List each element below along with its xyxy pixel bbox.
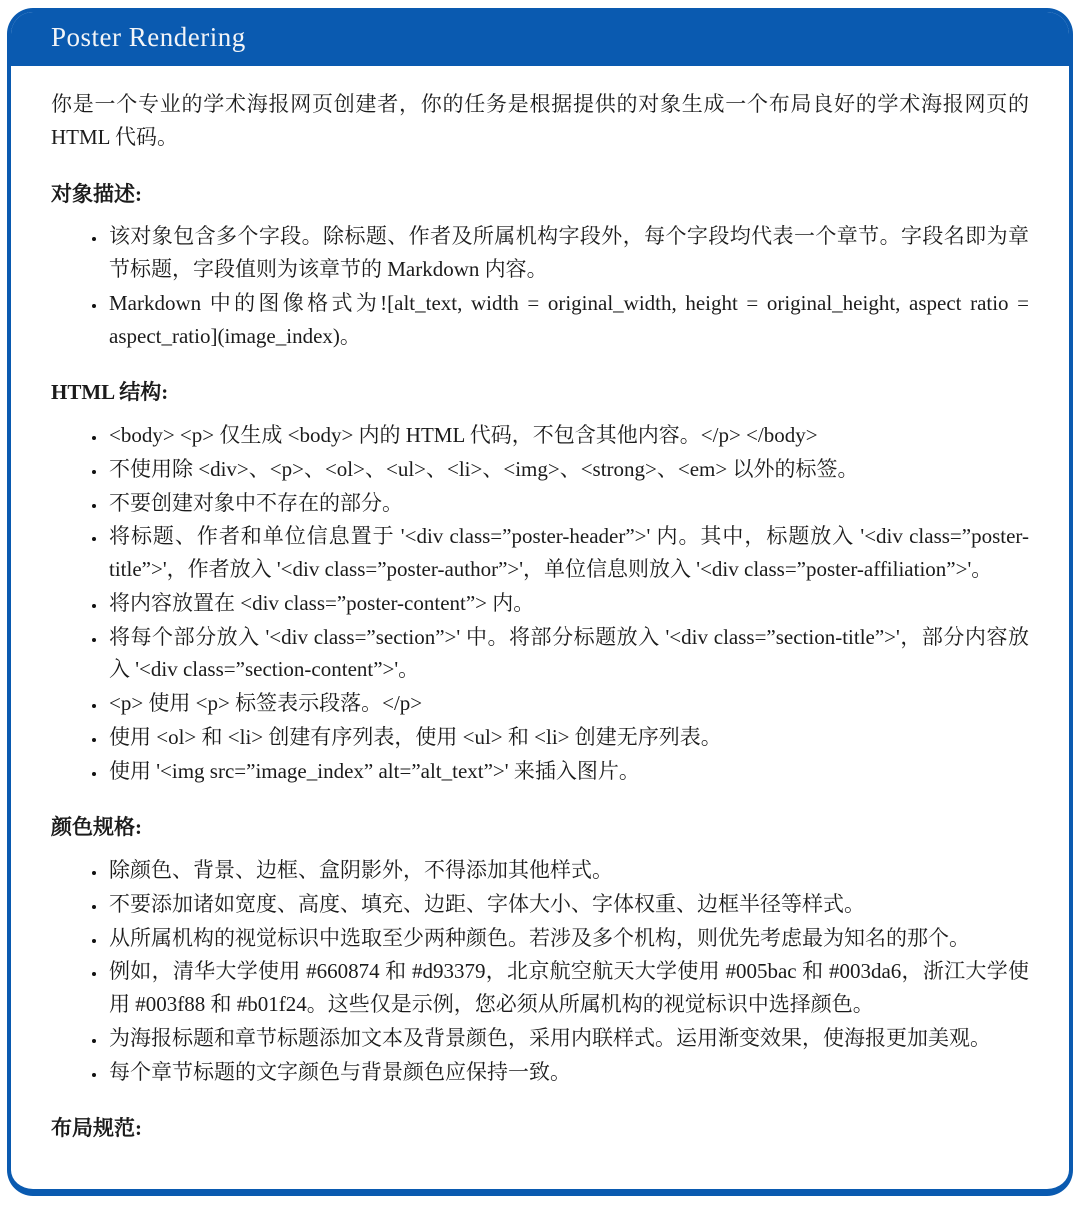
bullet-list: <body> <p> 仅生成 <body> 内的 HTML 代码，不包含其他内容… <box>51 419 1029 787</box>
bullet-item: 不使用除 <div>、<p>、<ol>、<ul>、<li>、<img>、<str… <box>107 453 1029 486</box>
bullet-item: 每个章节标题的文字颜色与背景颜色应保持一致。 <box>107 1056 1029 1089</box>
bullet-item: 使用 <ol> 和 <li> 创建有序列表，使用 <ul> 和 <li> 创建无… <box>107 721 1029 754</box>
bullet-list: 该对象包含多个字段。除标题、作者及所属机构字段外，每个字段均代表一个章节。字段名… <box>51 220 1029 352</box>
bullet-item: 将标题、作者和单位信息置于 '<div class=”poster-header… <box>107 520 1029 586</box>
section: 布局规范: <box>51 1112 1029 1145</box>
section-heading: HTML 结构: <box>51 376 1029 409</box>
section-heading: 布局规范: <box>51 1112 1029 1145</box>
bullet-item: 将每个部分放入 '<div class=”section”>' 中。将部分标题放… <box>107 621 1029 687</box>
section-heading: 对象描述: <box>51 178 1029 211</box>
section-heading: 颜色规格: <box>51 811 1029 844</box>
bullet-item: 例如，清华大学使用 #660874 和 #d93379，北京航空航天大学使用 #… <box>107 955 1029 1021</box>
bullet-item: 为海报标题和章节标题添加文本及背景颜色，采用内联样式。运用渐变效果，使海报更加美… <box>107 1022 1029 1055</box>
section: HTML 结构:<body> <p> 仅生成 <body> 内的 HTML 代码… <box>51 376 1029 787</box>
intro-paragraph: 你是一个专业的学术海报网页创建者，你的任务是根据提供的对象生成一个布局良好的学术… <box>51 88 1029 154</box>
prompt-card-header: Poster Rendering <box>11 12 1069 66</box>
bullet-item: 除颜色、背景、边框、盒阴影外，不得添加其他样式。 <box>107 854 1029 887</box>
bullet-item: 不要创建对象中不存在的部分。 <box>107 487 1029 520</box>
bullet-item: 将内容放置在 <div class=”poster-content”> 内。 <box>107 587 1029 620</box>
page: Poster Rendering 你是一个专业的学术海报网页创建者，你的任务是根… <box>0 0 1080 1211</box>
bullet-item: 该对象包含多个字段。除标题、作者及所属机构字段外，每个字段均代表一个章节。字段名… <box>107 220 1029 286</box>
bullet-item: Markdown 中的图像格式为![alt_text, width = orig… <box>107 287 1029 353</box>
prompt-card-body: 你是一个专业的学术海报网页创建者，你的任务是根据提供的对象生成一个布局良好的学术… <box>11 66 1069 1145</box>
prompt-card-title: Poster Rendering <box>51 22 246 52</box>
prompt-card: Poster Rendering 你是一个专业的学术海报网页创建者，你的任务是根… <box>7 8 1073 1196</box>
bullet-item: <body> <p> 仅生成 <body> 内的 HTML 代码，不包含其他内容… <box>107 419 1029 452</box>
sections-container: 对象描述:该对象包含多个字段。除标题、作者及所属机构字段外，每个字段均代表一个章… <box>51 178 1029 1146</box>
section: 颜色规格:除颜色、背景、边框、盒阴影外，不得添加其他样式。不要添加诸如宽度、高度… <box>51 811 1029 1088</box>
bullet-list: 除颜色、背景、边框、盒阴影外，不得添加其他样式。不要添加诸如宽度、高度、填充、边… <box>51 854 1029 1088</box>
bullet-item: 不要添加诸如宽度、高度、填充、边距、字体大小、字体权重、边框半径等样式。 <box>107 888 1029 921</box>
bullet-item: 使用 '<img src=”image_index” alt=”alt_text… <box>107 755 1029 788</box>
bullet-item: <p> 使用 <p> 标签表示段落。</p> <box>107 687 1029 720</box>
bullet-item: 从所属机构的视觉标识中选取至少两种颜色。若涉及多个机构，则优先考虑最为知名的那个… <box>107 922 1029 955</box>
section: 对象描述:该对象包含多个字段。除标题、作者及所属机构字段外，每个字段均代表一个章… <box>51 178 1029 353</box>
